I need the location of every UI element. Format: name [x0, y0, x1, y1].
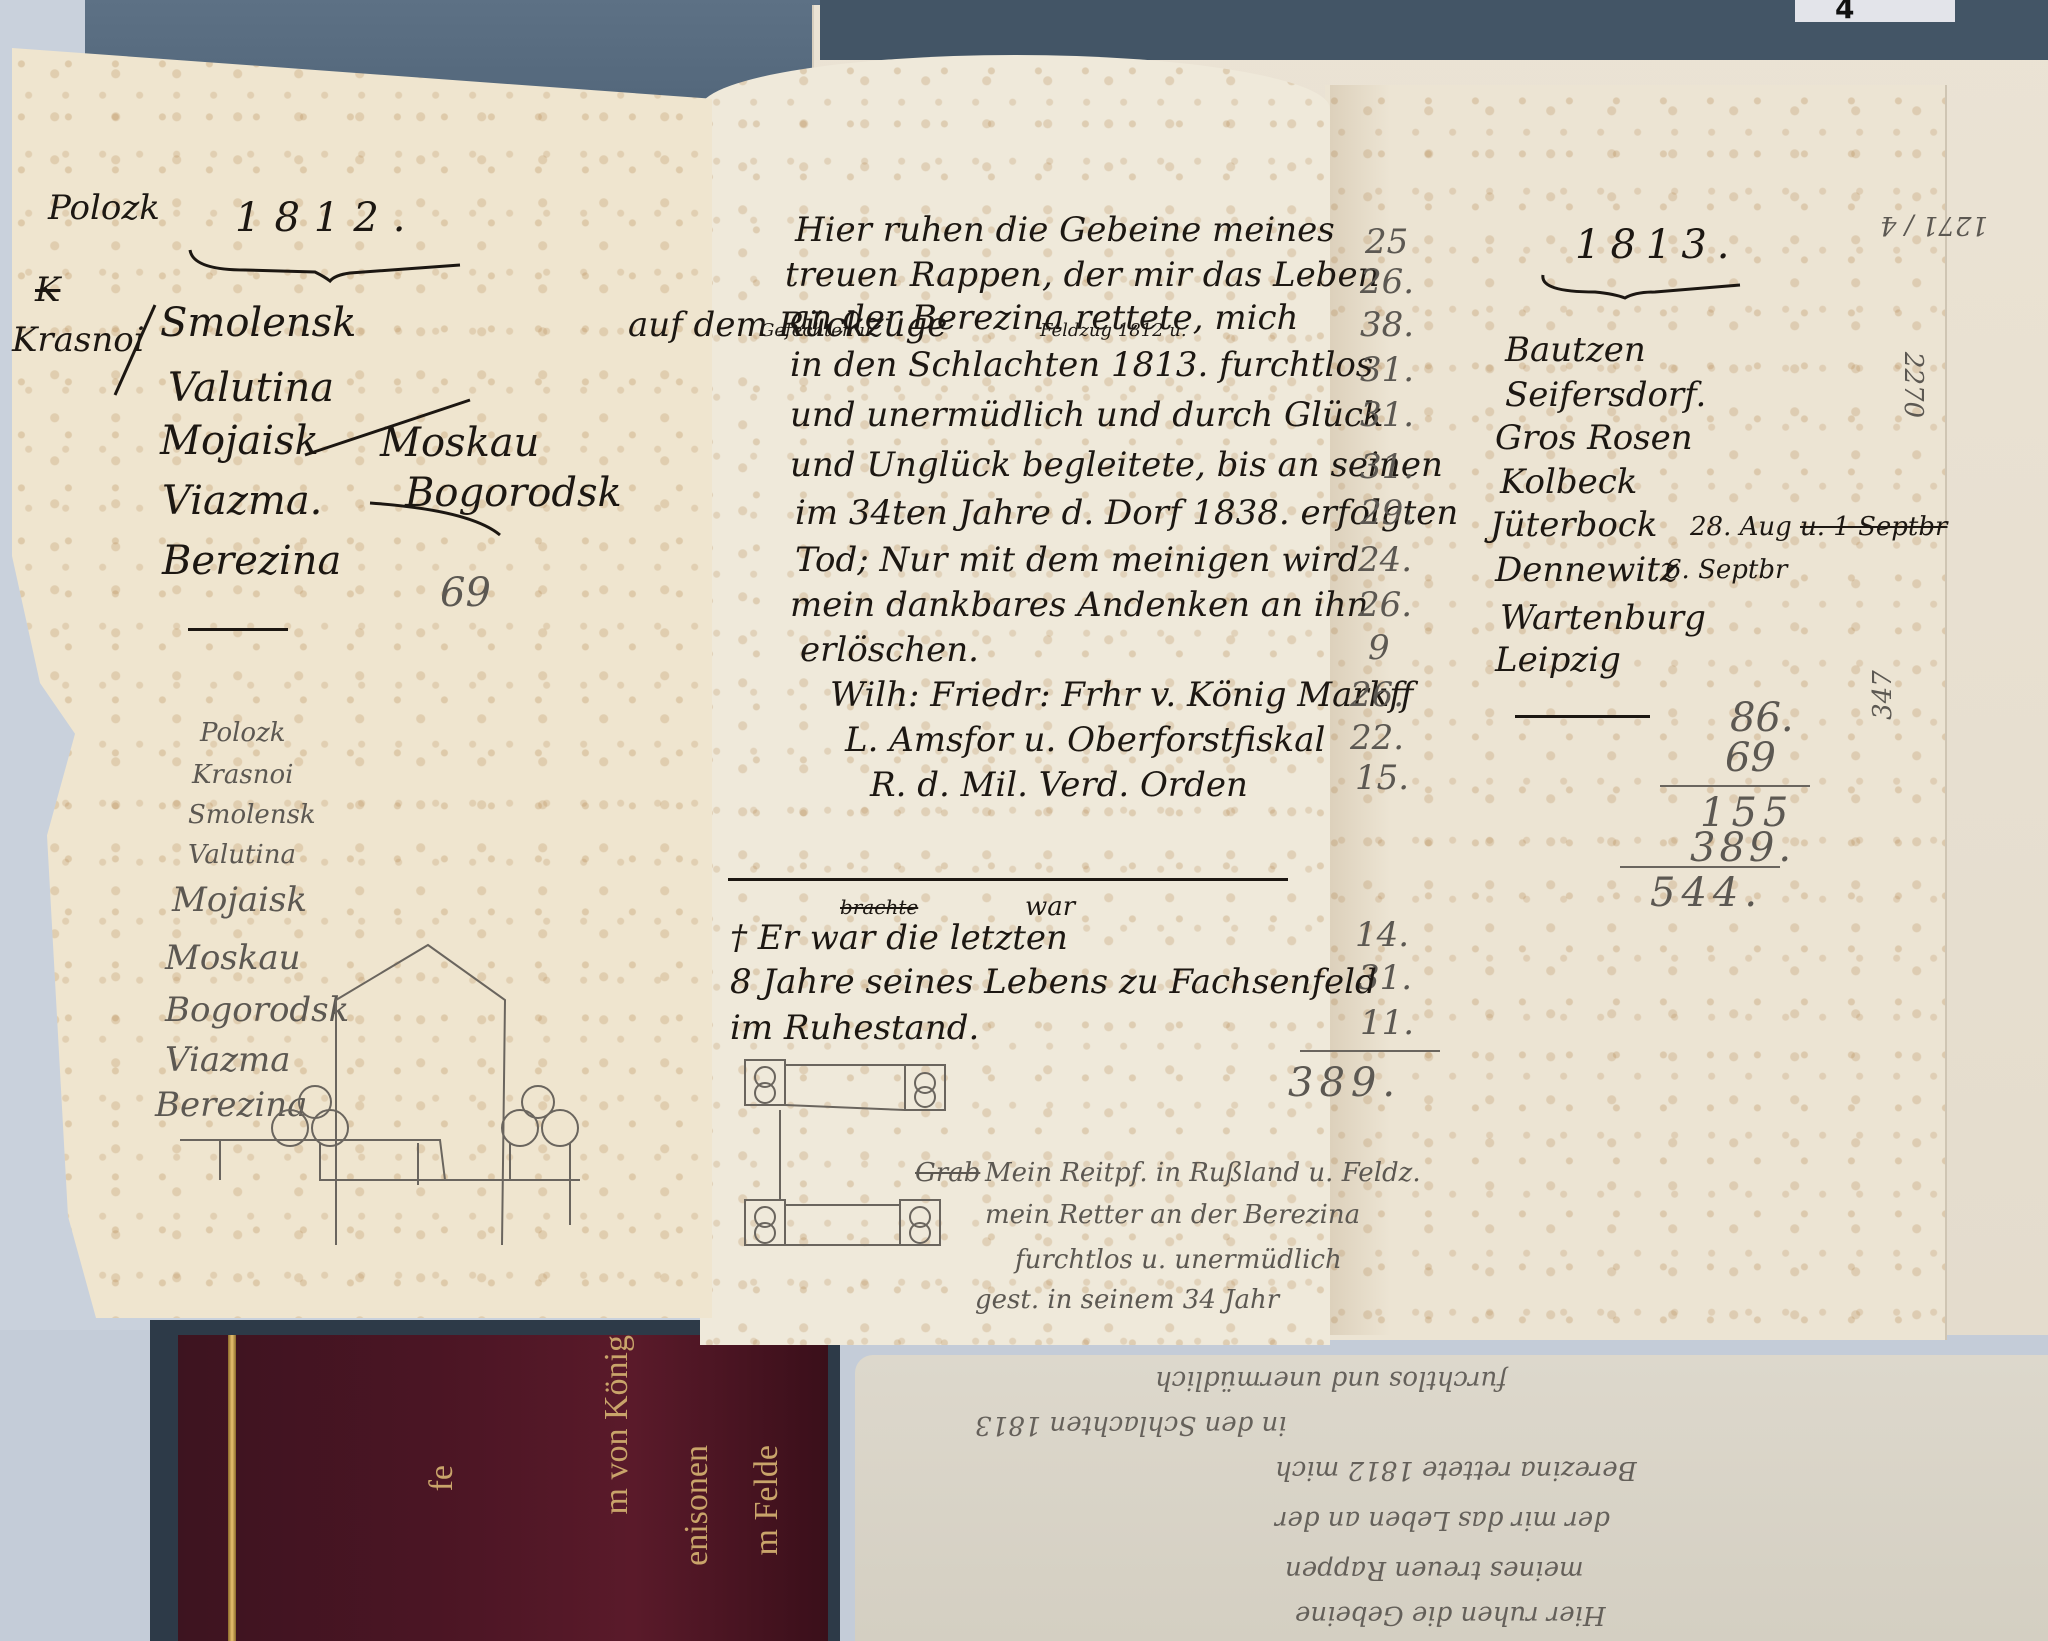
- pencil-total: 69: [440, 570, 491, 616]
- inscription-line: in den Schlachten 1813. furchtlos: [790, 345, 1373, 385]
- branch-place: Moskau: [380, 420, 539, 466]
- signature-line: R. d. Mil. Verd. Orden: [870, 765, 1248, 805]
- line-count: 29.: [1360, 493, 1414, 533]
- sum-value: 69: [1725, 735, 1776, 781]
- archive-mark: 2270: [1898, 352, 1928, 418]
- place-item: Viazma.: [162, 478, 322, 524]
- book-title-2: m von König: [598, 1335, 636, 1514]
- corner-note: Polozk: [48, 188, 160, 228]
- place-item: Leipzig: [1495, 640, 1621, 680]
- divider: [188, 628, 288, 631]
- inscription-line: und unermüdlich und durch Glück: [790, 395, 1384, 435]
- inscription-line: mein dankbares Andenken an ihn: [790, 585, 1368, 625]
- sum-rule: [1620, 866, 1780, 868]
- inscription-line: und Unglück begleitete, bis an seinen: [790, 445, 1443, 485]
- book-title-4: m Felde: [748, 1445, 786, 1555]
- section-divider: [728, 878, 1288, 881]
- place-item: Mojaisk: [160, 418, 319, 464]
- divider: [1515, 715, 1650, 718]
- place-item: Smolensk: [160, 300, 356, 346]
- inscription-line: an der Berezina rettete, mich: [790, 298, 1298, 338]
- line-count: 11.: [1360, 1003, 1414, 1043]
- signature-line: L. Amsfor u. Oberforstfiskal: [845, 720, 1325, 760]
- pencil-list-item: Krasnoi: [192, 760, 293, 790]
- archive-mark: 1271 / 4: [1880, 210, 1988, 240]
- year-bracket: [185, 245, 465, 285]
- date: 6. Septbr: [1665, 555, 1787, 585]
- book-title-1: fe: [423, 1465, 461, 1491]
- footnote-line: † Er war die letzten: [730, 918, 1068, 958]
- footnote-line: 8 Jahre seines Lebens zu Fachsenfeld: [730, 962, 1377, 1002]
- line-count: 9: [1368, 628, 1390, 668]
- inscription-line: erlöschen.: [800, 630, 979, 670]
- place-item: Jüterbock: [1490, 505, 1657, 545]
- line-count: 31.: [1360, 350, 1414, 390]
- inscription-line: Tod; Nur mit dem meinigen wird: [795, 540, 1359, 580]
- archive-mark: 347: [1868, 670, 1898, 720]
- struck-word: Grab: [915, 1158, 980, 1188]
- footnote-line: im Ruhestand.: [730, 1008, 979, 1048]
- sum-value: 389.: [1690, 825, 1795, 871]
- book-title-3: enisonen: [678, 1445, 716, 1566]
- struck-date: u. 1 Septbr: [1800, 512, 1947, 542]
- gravestone-sketch: [160, 840, 600, 1240]
- archive-label: 4: [1795, 0, 1955, 22]
- place-item: Dennewitz: [1495, 550, 1678, 590]
- year-heading: 1813.: [1575, 222, 1740, 268]
- sum-total: 544.: [1650, 870, 1763, 916]
- mirrored-line: furchtlos und unermüdlich: [1155, 1365, 1507, 1395]
- line-count: 14.: [1355, 915, 1409, 955]
- place-item: Bautzen: [1505, 330, 1646, 370]
- year-bracket: [1535, 270, 1745, 300]
- pencil-note-line: gest. in seinem 34 Jahr: [975, 1285, 1279, 1315]
- pencil-note-line: furchtlos u. unermüdlich: [1015, 1245, 1342, 1275]
- mirrored-line: der mir das Leben an der: [1275, 1505, 1610, 1535]
- line-count: 15.: [1355, 758, 1409, 798]
- grave-plan-sketch: [740, 1055, 980, 1255]
- inscription-line: treuen Rappen, der mir das Leben: [785, 255, 1379, 295]
- year-heading: 1812.: [235, 195, 420, 241]
- sum-rule: [1300, 1050, 1440, 1052]
- mirrored-line: meines treuen Rappen: [1285, 1555, 1584, 1585]
- branch-place: Bogorodsk: [405, 470, 622, 516]
- line-count: 26.: [1350, 675, 1404, 715]
- inscription-line: Hier ruhen die Gebeine meines: [795, 210, 1335, 250]
- date: 28. Aug: [1690, 512, 1792, 542]
- sum-rule: [1660, 785, 1810, 787]
- line-count: 24.: [1358, 540, 1412, 580]
- pencil-list-item: Polozk: [200, 718, 286, 748]
- lower-sheet: furchtlos und unermüdlich in den Schlach…: [855, 1355, 2048, 1641]
- line-count: 25: [1365, 222, 1408, 262]
- line-count: 31.: [1360, 447, 1414, 487]
- pencil-list-item: Smolensk: [188, 800, 316, 830]
- line-count: 38.: [1360, 305, 1414, 345]
- signature-line: Wilh: Friedr: Frhr v. König Markff: [830, 675, 1413, 715]
- pencil-note-line: mein Retter an der Berezina: [985, 1200, 1360, 1230]
- line-count: 31.: [1360, 395, 1414, 435]
- pencil-note-line: Mein Reitpf. in Rußland u. Feldz.: [985, 1158, 1421, 1188]
- slash-divider: [110, 300, 160, 400]
- line-count: 26.: [1360, 262, 1414, 302]
- gilt-rule: [228, 1335, 236, 1641]
- mirrored-line: in den Schlachten 1813: [975, 1410, 1287, 1440]
- line-total: 389.: [1288, 1060, 1401, 1106]
- place-item: Wartenburg: [1500, 598, 1706, 638]
- place-item: Gros Rosen: [1495, 418, 1693, 458]
- mirrored-line: Hier ruhen die Gebeine: [1295, 1600, 1606, 1630]
- bound-book: fe m von König enisonen m Felde: [178, 1335, 828, 1641]
- line-count: 26.: [1358, 585, 1412, 625]
- mirrored-line: Berezina rettete 1812 mich: [1275, 1455, 1637, 1485]
- place-item: Kolbeck: [1500, 462, 1637, 502]
- inscription-line: im 34ten Jahre d. Dorf 1838. erfolgten: [795, 493, 1458, 533]
- place-item: Seifersdorf.: [1505, 375, 1706, 415]
- struck-mark: K: [35, 270, 60, 310]
- line-count: 22.: [1350, 718, 1404, 758]
- struck-word: brachte: [840, 895, 918, 919]
